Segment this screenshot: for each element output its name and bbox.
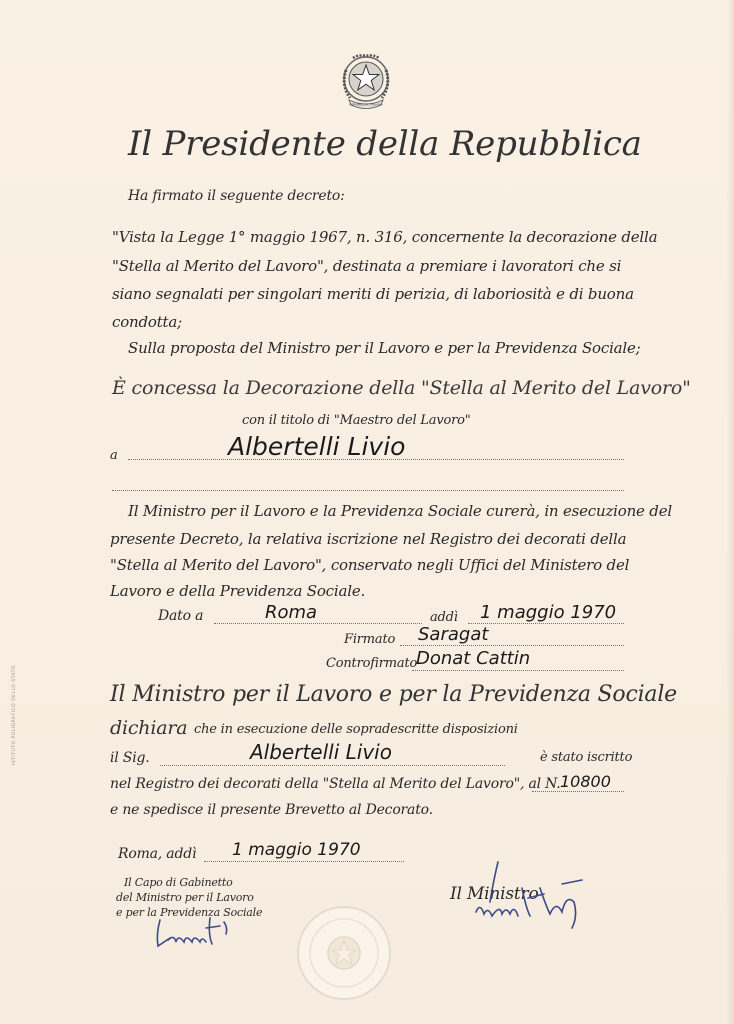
declaration-recipient-name: Albertelli Livio xyxy=(250,740,392,764)
firmato-label: Firmato xyxy=(344,632,395,647)
registration-line-4: Lavoro e della Previdenza Sociale. xyxy=(110,582,365,600)
date-line xyxy=(468,623,624,624)
iscritto-text: è stato iscritto xyxy=(540,750,632,765)
grant-line-1: È concessa la Decorazione della "Stella … xyxy=(112,377,691,399)
recipient-prefix: a xyxy=(110,448,118,463)
svg-text:REPUBBLICA ITALIANA: REPUBBLICA ITALIANA xyxy=(349,103,383,107)
grant-line-2: con il titolo di "Maestro del Lavoro" xyxy=(242,413,471,428)
preamble-line-2: "Stella al Merito del Lavoro", destinata… xyxy=(112,257,621,275)
ministro-signature xyxy=(470,858,610,938)
registry-line: nel Registro dei decorati della "Stella … xyxy=(110,776,561,792)
proposal-line: Sulla proposta del Ministro per il Lavor… xyxy=(128,339,641,357)
declaration-closing: e ne spedisce il presente Brevetto al De… xyxy=(110,802,433,818)
controfirmato-line xyxy=(412,670,624,671)
footer-date-line xyxy=(204,861,404,862)
declaration-heading: Il Ministro per il Lavoro e per la Previ… xyxy=(110,682,677,707)
footer-place-date-label: Roma, addì xyxy=(118,846,196,862)
declaration-line-1: che in esecuzione delle sopradescritte d… xyxy=(194,722,518,737)
capo-signature xyxy=(150,912,250,952)
addi-label: addì xyxy=(430,610,458,625)
capo-line-1: Il Capo di Gabinetto xyxy=(124,876,233,889)
registration-line-2: presente Decreto, la relativa iscrizione… xyxy=(110,530,626,548)
capo-line-2: del Ministro per il Lavoro xyxy=(116,891,254,904)
recipient-line-2 xyxy=(112,490,624,491)
preamble-line-3: siano segnalati per singolari meriti di … xyxy=(112,285,634,303)
printer-imprint: ISTITUTO POLIGRAFICO DELLO STATO xyxy=(12,665,17,765)
controfirmato-label: Controfirmato xyxy=(326,656,417,671)
footer-date: 1 maggio 1970 xyxy=(232,840,361,860)
preamble-line-4: condotta; xyxy=(112,313,182,331)
registry-number: 10800 xyxy=(560,772,611,791)
preamble-line-1: "Vista la Legge 1° maggio 1967, n. 316, … xyxy=(112,228,657,246)
intro-text: Ha firmato il seguente decreto: xyxy=(128,188,345,204)
recipient-name: Albertelli Livio xyxy=(228,432,405,461)
paper-edge-shadow xyxy=(726,0,734,1024)
place-line xyxy=(214,623,422,624)
place-value: Roma xyxy=(265,602,317,623)
firmato-line xyxy=(400,645,624,646)
document-title: Il Presidente della Repubblica xyxy=(128,124,642,164)
sig-name-line xyxy=(160,765,505,766)
sig-label: il Sig. xyxy=(110,750,150,766)
embossed-seal-icon xyxy=(296,905,392,1001)
dato-label: Dato a xyxy=(158,608,203,624)
registration-line-3: "Stella al Merito del Lavoro", conservat… xyxy=(110,556,629,574)
firmato-name: Saragat xyxy=(418,624,488,645)
emblem-of-italy-icon: REPUBBLICA ITALIANA xyxy=(337,50,395,112)
registry-number-line xyxy=(532,791,624,792)
declaration-dichiara: dichiara xyxy=(110,717,187,739)
registration-line-1: Il Ministro per il Lavoro e la Previdenz… xyxy=(128,502,672,520)
signing-date: 1 maggio 1970 xyxy=(480,602,616,623)
controfirmato-name: Donat Cattin xyxy=(416,648,530,669)
